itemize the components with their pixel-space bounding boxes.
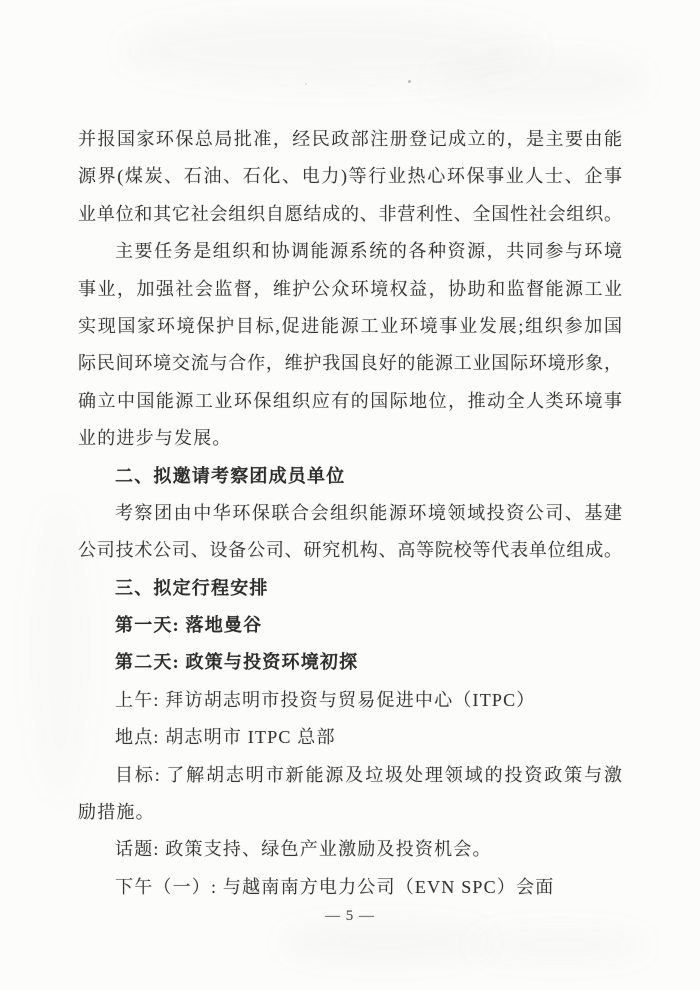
scan-smudge xyxy=(470,930,650,960)
text-line: 上午: 拜访胡志明市投资与贸易促进中心（ITPC） xyxy=(78,682,622,719)
text-line: 目标: 了解胡志明市新能源及垃圾处理领域的投资政策与激 xyxy=(78,757,622,794)
text-line: 实现国家环境保护目标,促进能源工业环境事业发展;组织参加国 xyxy=(78,308,622,345)
scan-smudge xyxy=(120,15,540,85)
text-line: 确立中国能源工业环保组织应有的国际地位，推动全人类环境事 xyxy=(78,383,622,420)
text-line: 际民间环境交流与合作，维护我国良好的能源工业国际环境形象， xyxy=(78,345,622,382)
text-line: 考察团由中华环保联合会组织能源环境领域投资公司、基建 xyxy=(78,495,622,532)
text-line: 业单位和其它社会组织自愿结成的、非营利性、全国性社会组织。 xyxy=(78,196,622,233)
text-line: 第二天: 政策与投资环境初探 xyxy=(78,644,622,681)
page-number: — 5 — xyxy=(0,903,700,929)
text-line: 励措施。 xyxy=(78,794,622,831)
text-line: 话题: 政策支持、绿色产业激励及投资机会。 xyxy=(78,831,622,868)
text-line: 事业，加强社会监督，维护公众环境权益，协助和监督能源工业 xyxy=(78,271,622,308)
text-line: 下午（一）: 与越南南方电力公司（EVN SPC）会面 xyxy=(78,869,622,906)
scan-speck xyxy=(305,83,307,85)
text-line: 公司技术公司、设备公司、研究机构、高等院校等代表单位组成。 xyxy=(78,532,622,569)
text-line: 三、拟定行程安排 xyxy=(78,570,622,607)
text-line: 二、拟邀请考察团成员单位 xyxy=(78,458,622,495)
scan-smudge xyxy=(430,55,650,105)
scanned-document-page: { "document": { "lines": [ { "text": "并报… xyxy=(0,0,700,990)
text-line: 并报国家环保总局批准，经民政部注册登记成立的，是主要由能 xyxy=(78,121,622,158)
text-line: 源界(煤炭、石油、石化、电力)等行业热心环保事业人士、企事 xyxy=(78,158,622,195)
text-line: 第一天: 落地曼谷 xyxy=(78,607,622,644)
document-body: 并报国家环保总局批准，经民政部注册登记成立的，是主要由能源界(煤炭、石油、石化、… xyxy=(78,121,622,906)
text-line: 主要任务是组织和协调能源系统的各种资源，共同参与环境 xyxy=(78,233,622,270)
text-line: 地点: 胡志明市 ITPC 总部 xyxy=(78,719,622,756)
scan-speck xyxy=(408,80,411,83)
text-line: 业的进步与发展。 xyxy=(78,420,622,457)
scan-smudge xyxy=(280,925,490,959)
